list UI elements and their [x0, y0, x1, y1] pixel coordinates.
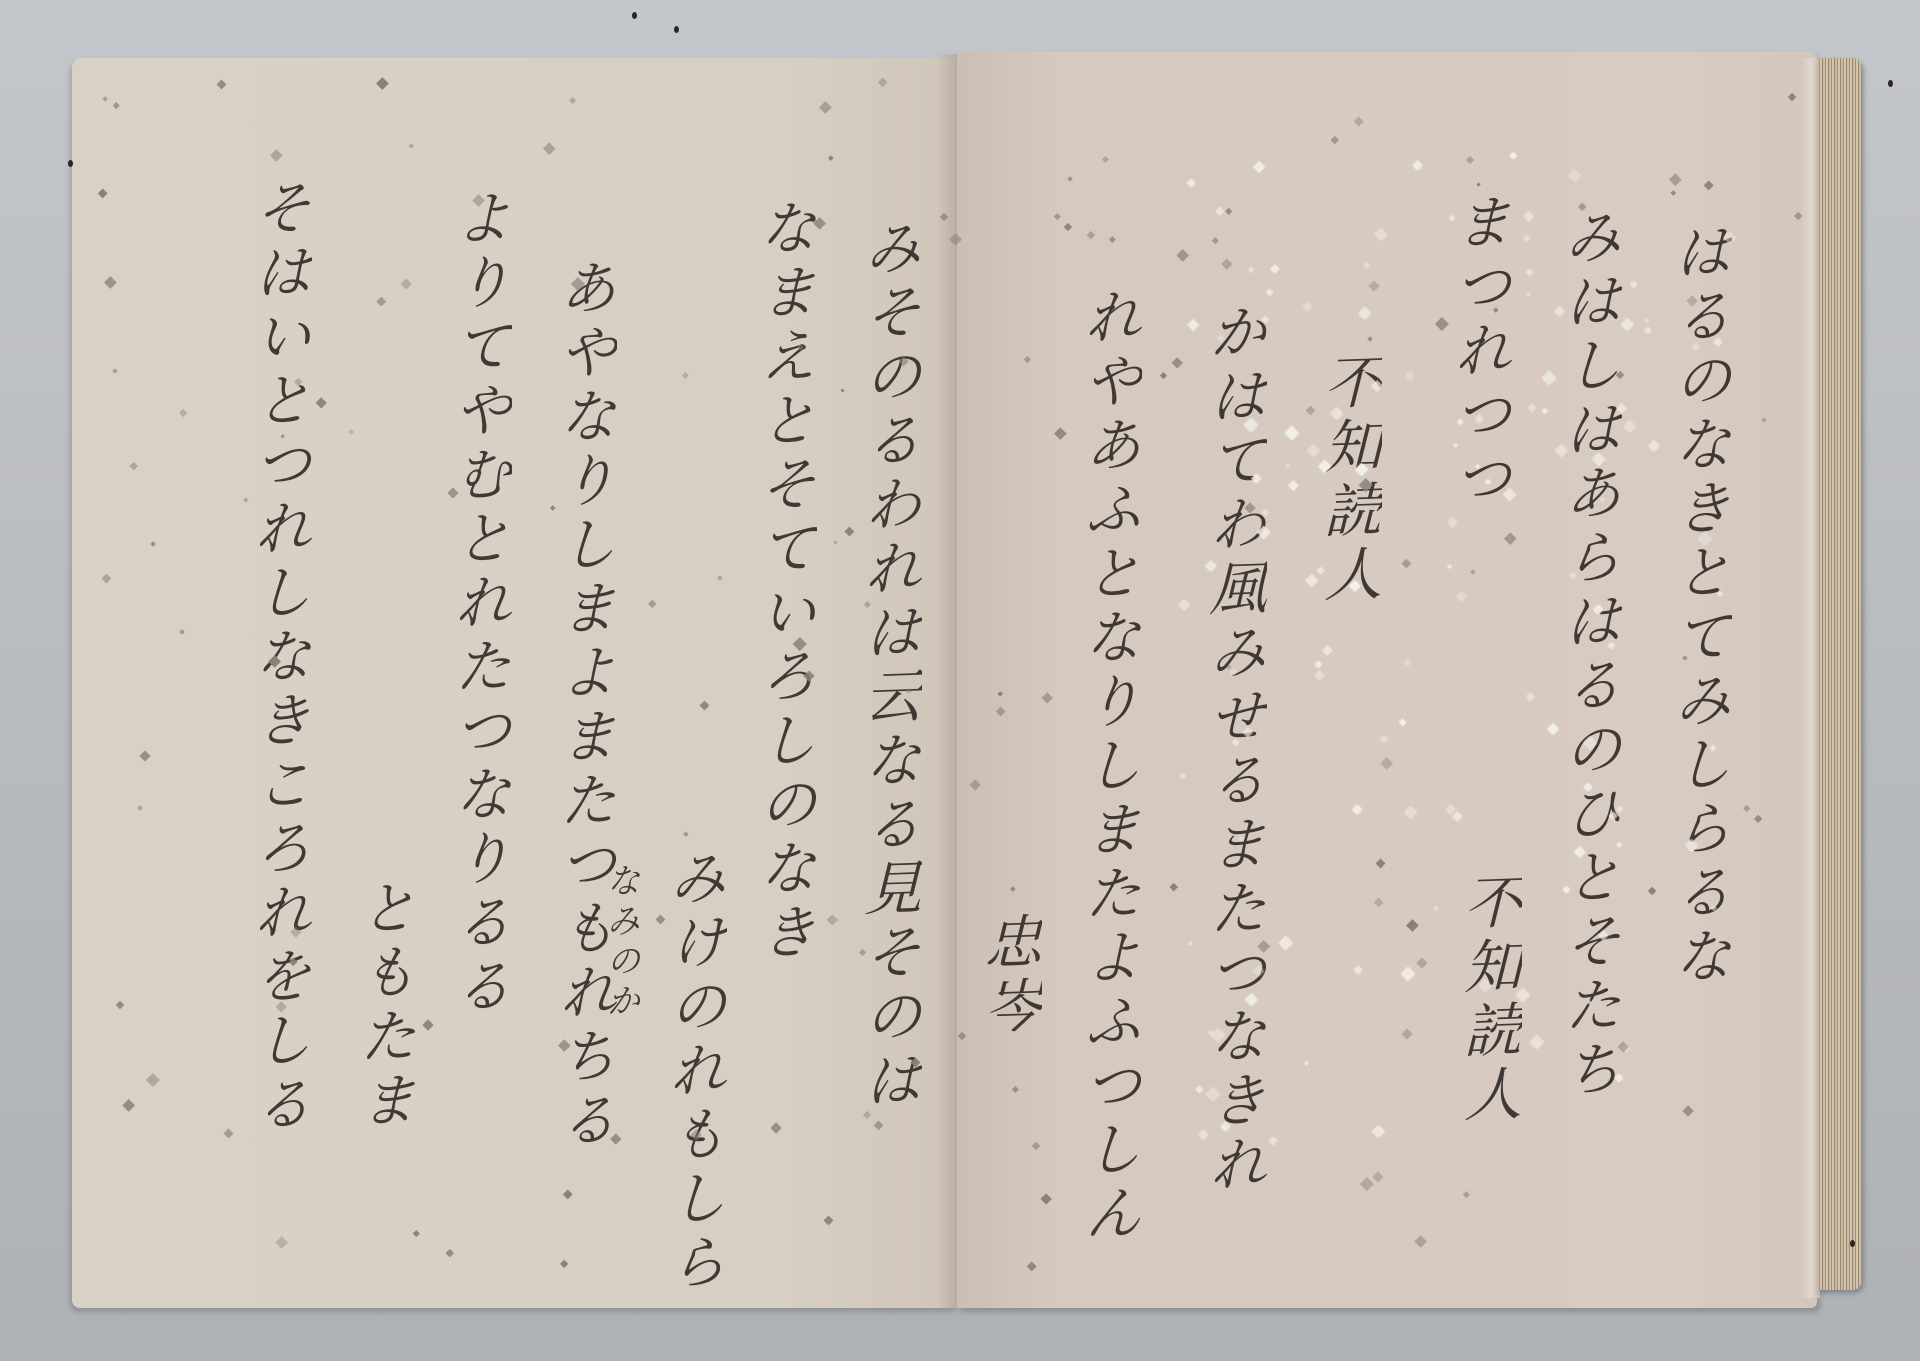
dust-speck [674, 26, 679, 33]
calligraphy-column: ともたま [354, 877, 412, 1135]
page-edges [1817, 58, 1862, 1290]
right-page: はるのなきとてみしらるな みはしはあらはるのひとそたち まつれつつ 不知読人 不… [957, 52, 1817, 1308]
calligraphy-column: れやあふとなりしまたよふつしん [1079, 286, 1137, 1248]
calligraphy-column: あやなりしまよまたつもれちる [554, 257, 612, 1155]
calligraphy-column: みけのれもしら [664, 847, 722, 1297]
calligraphy-column: みそのるわれは云なる見そのは [859, 217, 917, 1115]
author-attribution: 忠岑 [979, 911, 1037, 1041]
dust-speck [1850, 1240, 1855, 1247]
dust-speck [68, 160, 73, 167]
dust-speck [632, 12, 637, 19]
calligraphy-column: よりてやむとれたつなりるる [449, 187, 507, 1021]
open-book: みそのるわれは云なる見そのは なまえとそていろしのなき みけのれもしら なみのか… [72, 58, 1862, 1308]
calligraphy-column: かはてわ風みせるまたつなきれ [1204, 301, 1262, 1199]
calligraphy-column: なまえとそていろしのなき [754, 197, 812, 967]
author-attribution: 不知読人 [1459, 871, 1517, 1129]
calligraphy-column: はるのなきとてみしらるな [1669, 221, 1727, 991]
calligraphy-column: みはしはあらはるのひとそたち [1559, 206, 1617, 1104]
dust-speck [1888, 80, 1893, 87]
left-page: みそのるわれは云なる見そのは なまえとそていろしのなき みけのれもしら なみのか… [72, 58, 957, 1308]
silver-leaf-fleck [1188, 941, 1192, 945]
